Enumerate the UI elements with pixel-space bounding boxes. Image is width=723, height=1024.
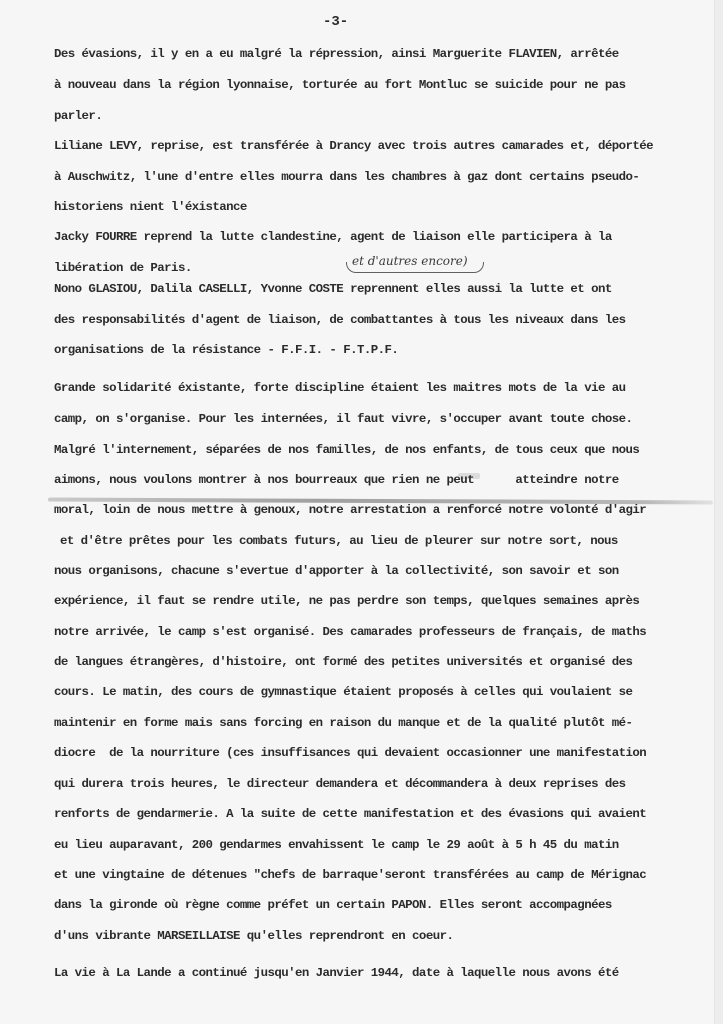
text-line: à nouveau dans la région lyonnaise, tort…	[54, 78, 626, 92]
text-line: aimons, nous voulons montrer à nos bourr…	[54, 473, 619, 487]
text-line: qui durera trois heures, le directeur de…	[54, 777, 626, 791]
text-line: moral, loin de nous mettre à genoux, not…	[54, 503, 646, 517]
text-line: et une vingtaine de détenues "chefs de b…	[54, 868, 646, 882]
annotation-bracket	[346, 262, 484, 273]
text-line: Jacky FOURRE reprend la lutte clandestin…	[54, 230, 612, 244]
text-line: Grande solidarité éxistante, forte disci…	[54, 381, 626, 395]
text-line: à Auschwitz, l'une d'entre elles mourra …	[54, 170, 639, 184]
text-line: cours. Le matin, des cours de gymnastiqu…	[54, 685, 632, 699]
text-line: organisations de la résistance - F.F.I. …	[54, 343, 398, 357]
text-line: parler.	[54, 109, 102, 123]
text-line: maintenir en forme mais sans forcing en …	[54, 716, 632, 730]
text-line: camp, on s'organise. Pour les internées,…	[54, 412, 632, 426]
text-line: expérience, il faut se rendre utile, ne …	[54, 594, 639, 608]
text-line: libération de Paris.	[54, 261, 192, 275]
text-line: Liliane LEVY, reprise, est transférée à …	[54, 139, 653, 153]
text-line: Malgré l'internement, séparées de nos fa…	[54, 443, 639, 457]
page-number: -3-	[323, 14, 348, 30]
text-line: eu lieu auparavant, 200 gendarmes envahi…	[54, 838, 619, 852]
text-line: de langues étrangères, d'histoire, ont f…	[54, 655, 632, 669]
text-line: notre arrivée, le camp s'est organisé. D…	[54, 625, 646, 639]
text-line: renforts de gendarmerie. A la suite de c…	[54, 807, 646, 821]
text-line: d'uns vibrante MARSEILLAISE qu'elles rep…	[54, 929, 453, 943]
text-line: La vie à La Lande a continué jusqu'en Ja…	[54, 966, 619, 980]
text-line: dans la gironde où règne comme préfet un…	[54, 898, 612, 912]
text-line: historiens nient l'éxistance	[54, 200, 247, 214]
text-line: Nono GLASIOU, Dalila CASELLI, Yvonne COS…	[54, 282, 612, 296]
text-line: des responsabilités d'agent de liaison, …	[54, 313, 626, 327]
text-line: Des évasions, il y en a eu malgré la rép…	[54, 47, 619, 61]
text-line: diocre de la nourriture (ces insuffisanc…	[54, 746, 646, 760]
page-edge	[714, 0, 723, 1024]
text-line: nous organisons, chacune s'evertue d'app…	[54, 564, 619, 578]
text-line: et d'être prêtes pour les combats futurs…	[60, 534, 618, 548]
document-page: -3- et d'autres encore) Des évasions, il…	[0, 0, 723, 1024]
